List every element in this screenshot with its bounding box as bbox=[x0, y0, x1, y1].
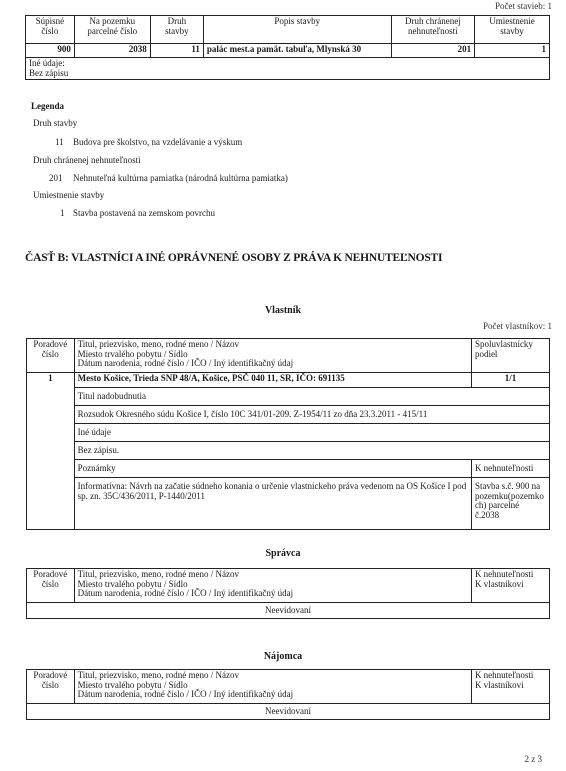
owner-number: 1 bbox=[27, 373, 75, 530]
legend-text: Stavba postavená na zemskom povrchu bbox=[73, 208, 215, 218]
cell-parcelne-cislo: 2038 bbox=[74, 44, 150, 58]
tenant-header-number: Poradovéčíslo bbox=[27, 670, 75, 704]
owner-notes-value: Informatívna: Návrh na začatie súdneho k… bbox=[74, 478, 471, 530]
legend-group-name: Druh stavby bbox=[33, 118, 77, 128]
owner-other-label-row: Iné údaje bbox=[27, 424, 550, 442]
administrator-header-ref: K nehnuteľnostiK vlastníkovi bbox=[471, 569, 549, 603]
cell-druh-stavby: 11 bbox=[150, 44, 203, 58]
cell-druh-chranenej: 201 bbox=[391, 44, 475, 58]
owner-other-value: Bez zápisu. bbox=[74, 442, 549, 460]
owner-notes-ref-value: Stavba s.č. 900 napozemku(pozemkoch) par… bbox=[471, 478, 549, 530]
legend-code: 11 bbox=[55, 137, 64, 147]
header-umiestnenie: Umiestneniestavby bbox=[475, 16, 550, 44]
tenant-header-ref: K nehnuteľnostiK vlastníkovi bbox=[471, 670, 549, 704]
owner-header-number: Poradovéčíslo bbox=[27, 339, 75, 373]
tenant-header-row: Poradovéčíslo Titul, priezvisko, meno, r… bbox=[27, 670, 550, 704]
owner-name: Mesto Košice, Trieda SNP 48/A, Košice, P… bbox=[74, 373, 471, 388]
owner-acquisition-title-value: Rozsudok Okresného súdu Košice I, číslo … bbox=[74, 406, 549, 424]
cell-supisne-cislo: 900 bbox=[26, 44, 75, 58]
legend-text: Budova pre školstvo, na vzdelávanie a vý… bbox=[73, 137, 242, 147]
owner-share: 1/1 bbox=[471, 373, 549, 388]
cell-other-data: Iné údaje:Bez zápisu bbox=[26, 58, 550, 80]
owner-title-label-row: Titul nadobudnutia bbox=[27, 388, 550, 406]
owner-other-value-row: Bez zápisu. bbox=[27, 442, 550, 460]
owner-title-value-row: Rozsudok Okresného súdu Košice I, číslo … bbox=[27, 406, 550, 424]
cell-umiestnenie: 1 bbox=[475, 44, 550, 58]
owner-table: Poradovéčíslo Titul, priezvisko, meno, r… bbox=[26, 338, 550, 530]
owner-header-identity: Titul, priezvisko, meno, rodné meno / Ná… bbox=[74, 339, 471, 373]
legend-title: Legenda bbox=[31, 101, 64, 111]
header-druh-stavby: Druhstavby bbox=[150, 16, 203, 44]
buildings-header-row: Súpisnéčíslo Na pozemkuparcelné číslo Dr… bbox=[26, 16, 550, 44]
building-count: Počet stavieb: 1 bbox=[495, 1, 552, 11]
owner-data-row: 1 Mesto Košice, Trieda SNP 48/A, Košice,… bbox=[27, 373, 550, 388]
buildings-table: Súpisnéčíslo Na pozemkuparcelné číslo Dr… bbox=[25, 15, 550, 80]
administrator-header-row: Poradovéčíslo Titul, priezvisko, meno, r… bbox=[27, 569, 550, 603]
legend-code: 1 bbox=[60, 208, 65, 218]
administrator-empty-text: Neevidovaní bbox=[27, 603, 550, 619]
administrator-header-number: Poradovéčíslo bbox=[27, 569, 75, 603]
owner-count: Počet vlastníkov: 1 bbox=[483, 321, 552, 331]
page-number: 2 z 3 bbox=[525, 754, 543, 764]
tenant-empty-text: Neevidovaní bbox=[27, 704, 550, 720]
owner-section-title: Vlastník bbox=[0, 305, 566, 316]
owner-notes-ref-label: K nehnuteľnosti bbox=[471, 460, 549, 478]
tenant-table: Poradovéčíslo Titul, priezvisko, meno, r… bbox=[26, 669, 550, 720]
administrator-header-identity: Titul, priezvisko, meno, rodné meno / Ná… bbox=[74, 569, 471, 603]
owner-acquisition-title-label: Titul nadobudnutia bbox=[74, 388, 549, 406]
buildings-data-row: 900 2038 11 palác mest.a pamät. tabuľa, … bbox=[26, 44, 550, 58]
owner-notes-label: Poznámky bbox=[74, 460, 471, 478]
owner-header-share: Spoluvlastníckypodiel bbox=[471, 339, 549, 373]
owner-header-row: Poradovéčíslo Titul, priezvisko, meno, r… bbox=[27, 339, 550, 373]
header-parcelne-cislo: Na pozemkuparcelné číslo bbox=[74, 16, 150, 44]
owner-notes-header-row: Poznámky K nehnuteľnosti bbox=[27, 460, 550, 478]
buildings-other-row: Iné údaje:Bez zápisu bbox=[26, 58, 550, 80]
legend-group-name: Umiestnenie stavby bbox=[33, 190, 104, 200]
administrator-section-title: Správca bbox=[0, 548, 566, 559]
administrator-table: Poradovéčíslo Titul, priezvisko, meno, r… bbox=[26, 568, 550, 619]
part-b-title: ČASŤ B: VLASTNÍCI A INÉ OPRÁVNENÉ OSOBY … bbox=[25, 252, 442, 264]
cell-popis-stavby: palác mest.a pamät. tabuľa, Mlynská 30 bbox=[203, 44, 391, 58]
owner-other-label: Iné údaje bbox=[74, 424, 549, 442]
tenant-empty-row: Neevidovaní bbox=[27, 704, 550, 720]
header-popis-stavby: Popis stavby bbox=[203, 16, 391, 44]
tenant-header-identity: Titul, priezvisko, meno, rodné meno / Ná… bbox=[74, 670, 471, 704]
header-supisne-cislo: Súpisnéčíslo bbox=[26, 16, 75, 44]
legend-text: Nehnuteľná kultúrna pamiatka (národná ku… bbox=[73, 173, 288, 183]
owner-notes-row: Informatívna: Návrh na začatie súdneho k… bbox=[27, 478, 550, 530]
header-druh-chranenej: Druh chránenejnehnuteľnosti bbox=[391, 16, 475, 44]
administrator-empty-row: Neevidovaní bbox=[27, 603, 550, 619]
legend-code: 201 bbox=[49, 173, 63, 183]
legend-group-name: Druh chránenej nehnuteľnosti bbox=[33, 155, 141, 165]
tenant-section-title: Nájomca bbox=[0, 651, 566, 662]
